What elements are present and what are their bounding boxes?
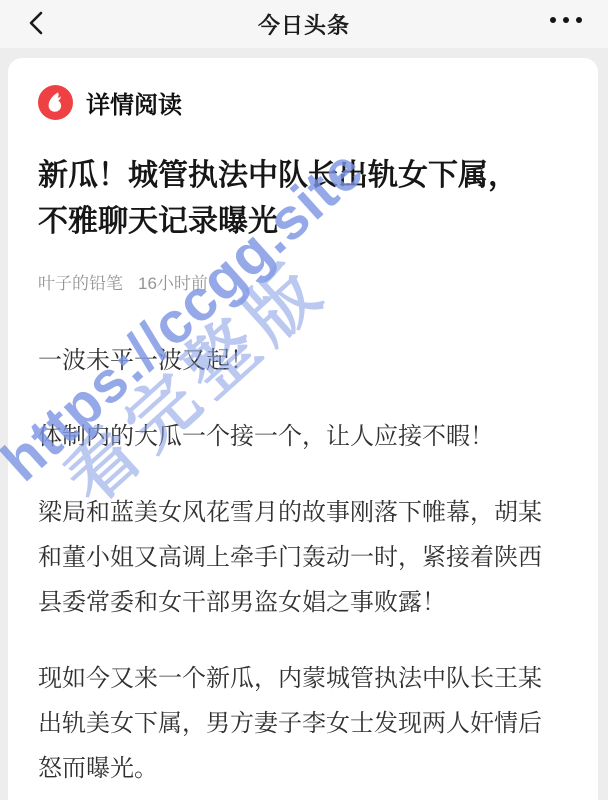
more-options-button[interactable] xyxy=(550,2,582,38)
navbar: 今日头条 xyxy=(0,0,608,48)
paragraph: 一波未平一波又起！ xyxy=(38,338,564,383)
article-card: 详情阅读 新瓜！城管执法中队长出轨女下属，不雅聊天记录曝光 叶子的铅笔 16小时… xyxy=(8,58,598,800)
source-row: 详情阅读 xyxy=(38,84,564,120)
author-name: 叶子的铅笔 xyxy=(38,269,123,294)
publish-time: 16小时前 xyxy=(138,269,208,294)
ellipsis-icon xyxy=(550,17,556,23)
ellipsis-icon xyxy=(576,17,582,23)
toutiao-logo-icon xyxy=(38,85,73,120)
paragraph: 梁局和蓝美女风花雪月的故事刚落下帷幕，胡某和董小姐又高调上牵手门轰动一时，紧接着… xyxy=(38,490,564,625)
paragraph: 现如今又来一个新瓜，内蒙城管执法中队长王某出轨美女下属，男方妻子李女士发现两人奸… xyxy=(38,656,564,791)
byline: 叶子的铅笔 16小时前 xyxy=(38,269,564,294)
ellipsis-icon xyxy=(563,17,569,23)
chevron-left-icon xyxy=(26,10,46,36)
article-title: 新瓜！城管执法中队长出轨女下属，不雅聊天记录曝光 xyxy=(38,153,543,245)
article-body: 一波未平一波又起！ 体制内的大瓜一个接一个，让人应接不暇！ 梁局和蓝美女风花雪月… xyxy=(38,338,564,791)
page-title: 今日头条 xyxy=(0,9,608,40)
back-button[interactable] xyxy=(18,5,54,41)
paragraph: 体制内的大瓜一个接一个，让人应接不暇！ xyxy=(38,414,564,459)
source-label: 详情阅读 xyxy=(86,85,182,120)
